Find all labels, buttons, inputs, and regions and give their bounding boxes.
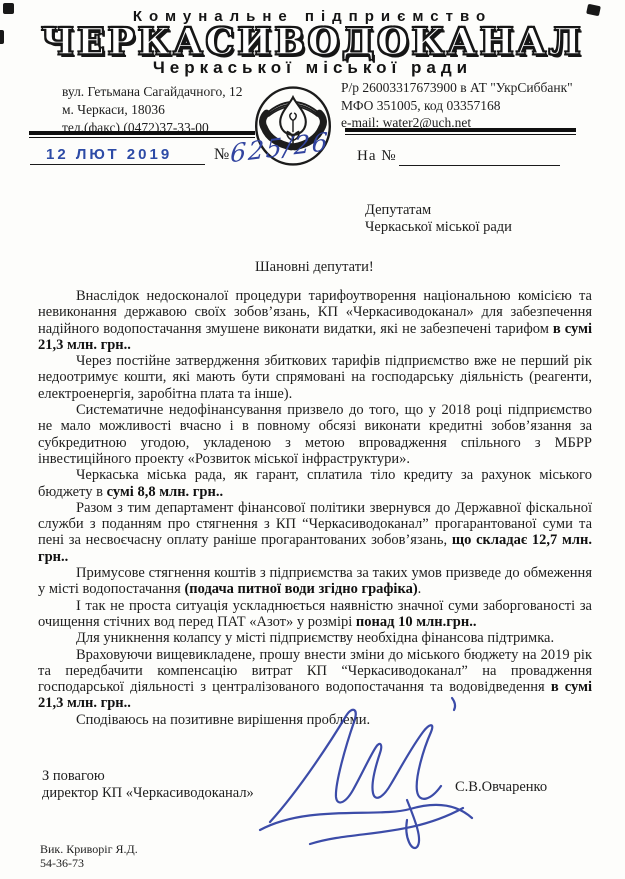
- org-name-title: ЧЕРКАСИВОДОКАНАЛ: [0, 21, 625, 63]
- date-stamp: 12 ЛЮТ 2019: [46, 146, 172, 163]
- addressee-line: Черкаської міської ради: [365, 219, 512, 236]
- org-subtitle-line: Черкаської міської ради: [0, 58, 625, 78]
- body-paragraph: Для уникнення колапсу у місті підприємст…: [38, 630, 592, 646]
- bank-account-line: Р/р 26003317673900 в АТ "УкрСиббанк": [341, 79, 573, 97]
- executor-block: Вик. Криворіг Я.Д. 54-36-73: [40, 843, 138, 870]
- addressee-line: Депутатам: [365, 202, 512, 219]
- address-block: вул. Гетьмана Сагайдачного, 12 м. Черкас…: [62, 83, 242, 137]
- addressee-block: Депутатам Черкаської міської ради: [365, 202, 512, 236]
- closing-block: З повагою директор КП «Черкасиводоканал»: [42, 768, 254, 801]
- reply-number-line: [399, 165, 560, 166]
- body-paragraph: І так не проста ситуація ускладнюється н…: [38, 598, 592, 631]
- body-paragraph: Через постійне затвердження збиткових та…: [38, 353, 592, 402]
- executor-phone: 54-36-73: [40, 857, 138, 871]
- date-line: [30, 164, 205, 165]
- signature-handwritten: [256, 690, 494, 860]
- executor-name: Вик. Криворіг Я.Д.: [40, 843, 138, 857]
- bank-requisites-block: Р/р 26003317673900 в АТ "УкрСиббанк" МФО…: [341, 79, 573, 132]
- body-paragraph: Примусове стягнення коштів з підприємств…: [38, 565, 592, 598]
- reply-number-label: На №: [357, 148, 397, 165]
- salutation: Шановні депутати!: [255, 259, 374, 276]
- address-city: м. Черкаси, 18036: [62, 101, 242, 119]
- body-paragraph: Систематичне недофінансування призвело д…: [38, 402, 592, 467]
- closing-position: директор КП «Черкасиводоканал»: [42, 785, 254, 802]
- header-divider-right: [345, 128, 576, 135]
- body-paragraph: Внаслідок недосконалої процедури тарифоу…: [38, 288, 592, 353]
- bank-mfo-line: МФО 351005, код 03357168: [341, 97, 573, 115]
- body-paragraphs: Внаслідок недосконалої процедури тарифоу…: [38, 288, 592, 728]
- body-paragraph: Разом з тим департамент фінансової політ…: [38, 500, 592, 565]
- scanned-letter-page: Комунальне підприємство ЧЕРКАСИВОДОКАНАЛ…: [0, 0, 625, 879]
- body-paragraph: Черкаська міська рада, як гарант, сплати…: [38, 467, 592, 500]
- address-street: вул. Гетьмана Сагайдачного, 12: [62, 83, 242, 101]
- header-divider-left: [29, 131, 255, 138]
- closing-regards: З повагою: [42, 768, 254, 785]
- outgoing-number-label: №: [214, 146, 229, 164]
